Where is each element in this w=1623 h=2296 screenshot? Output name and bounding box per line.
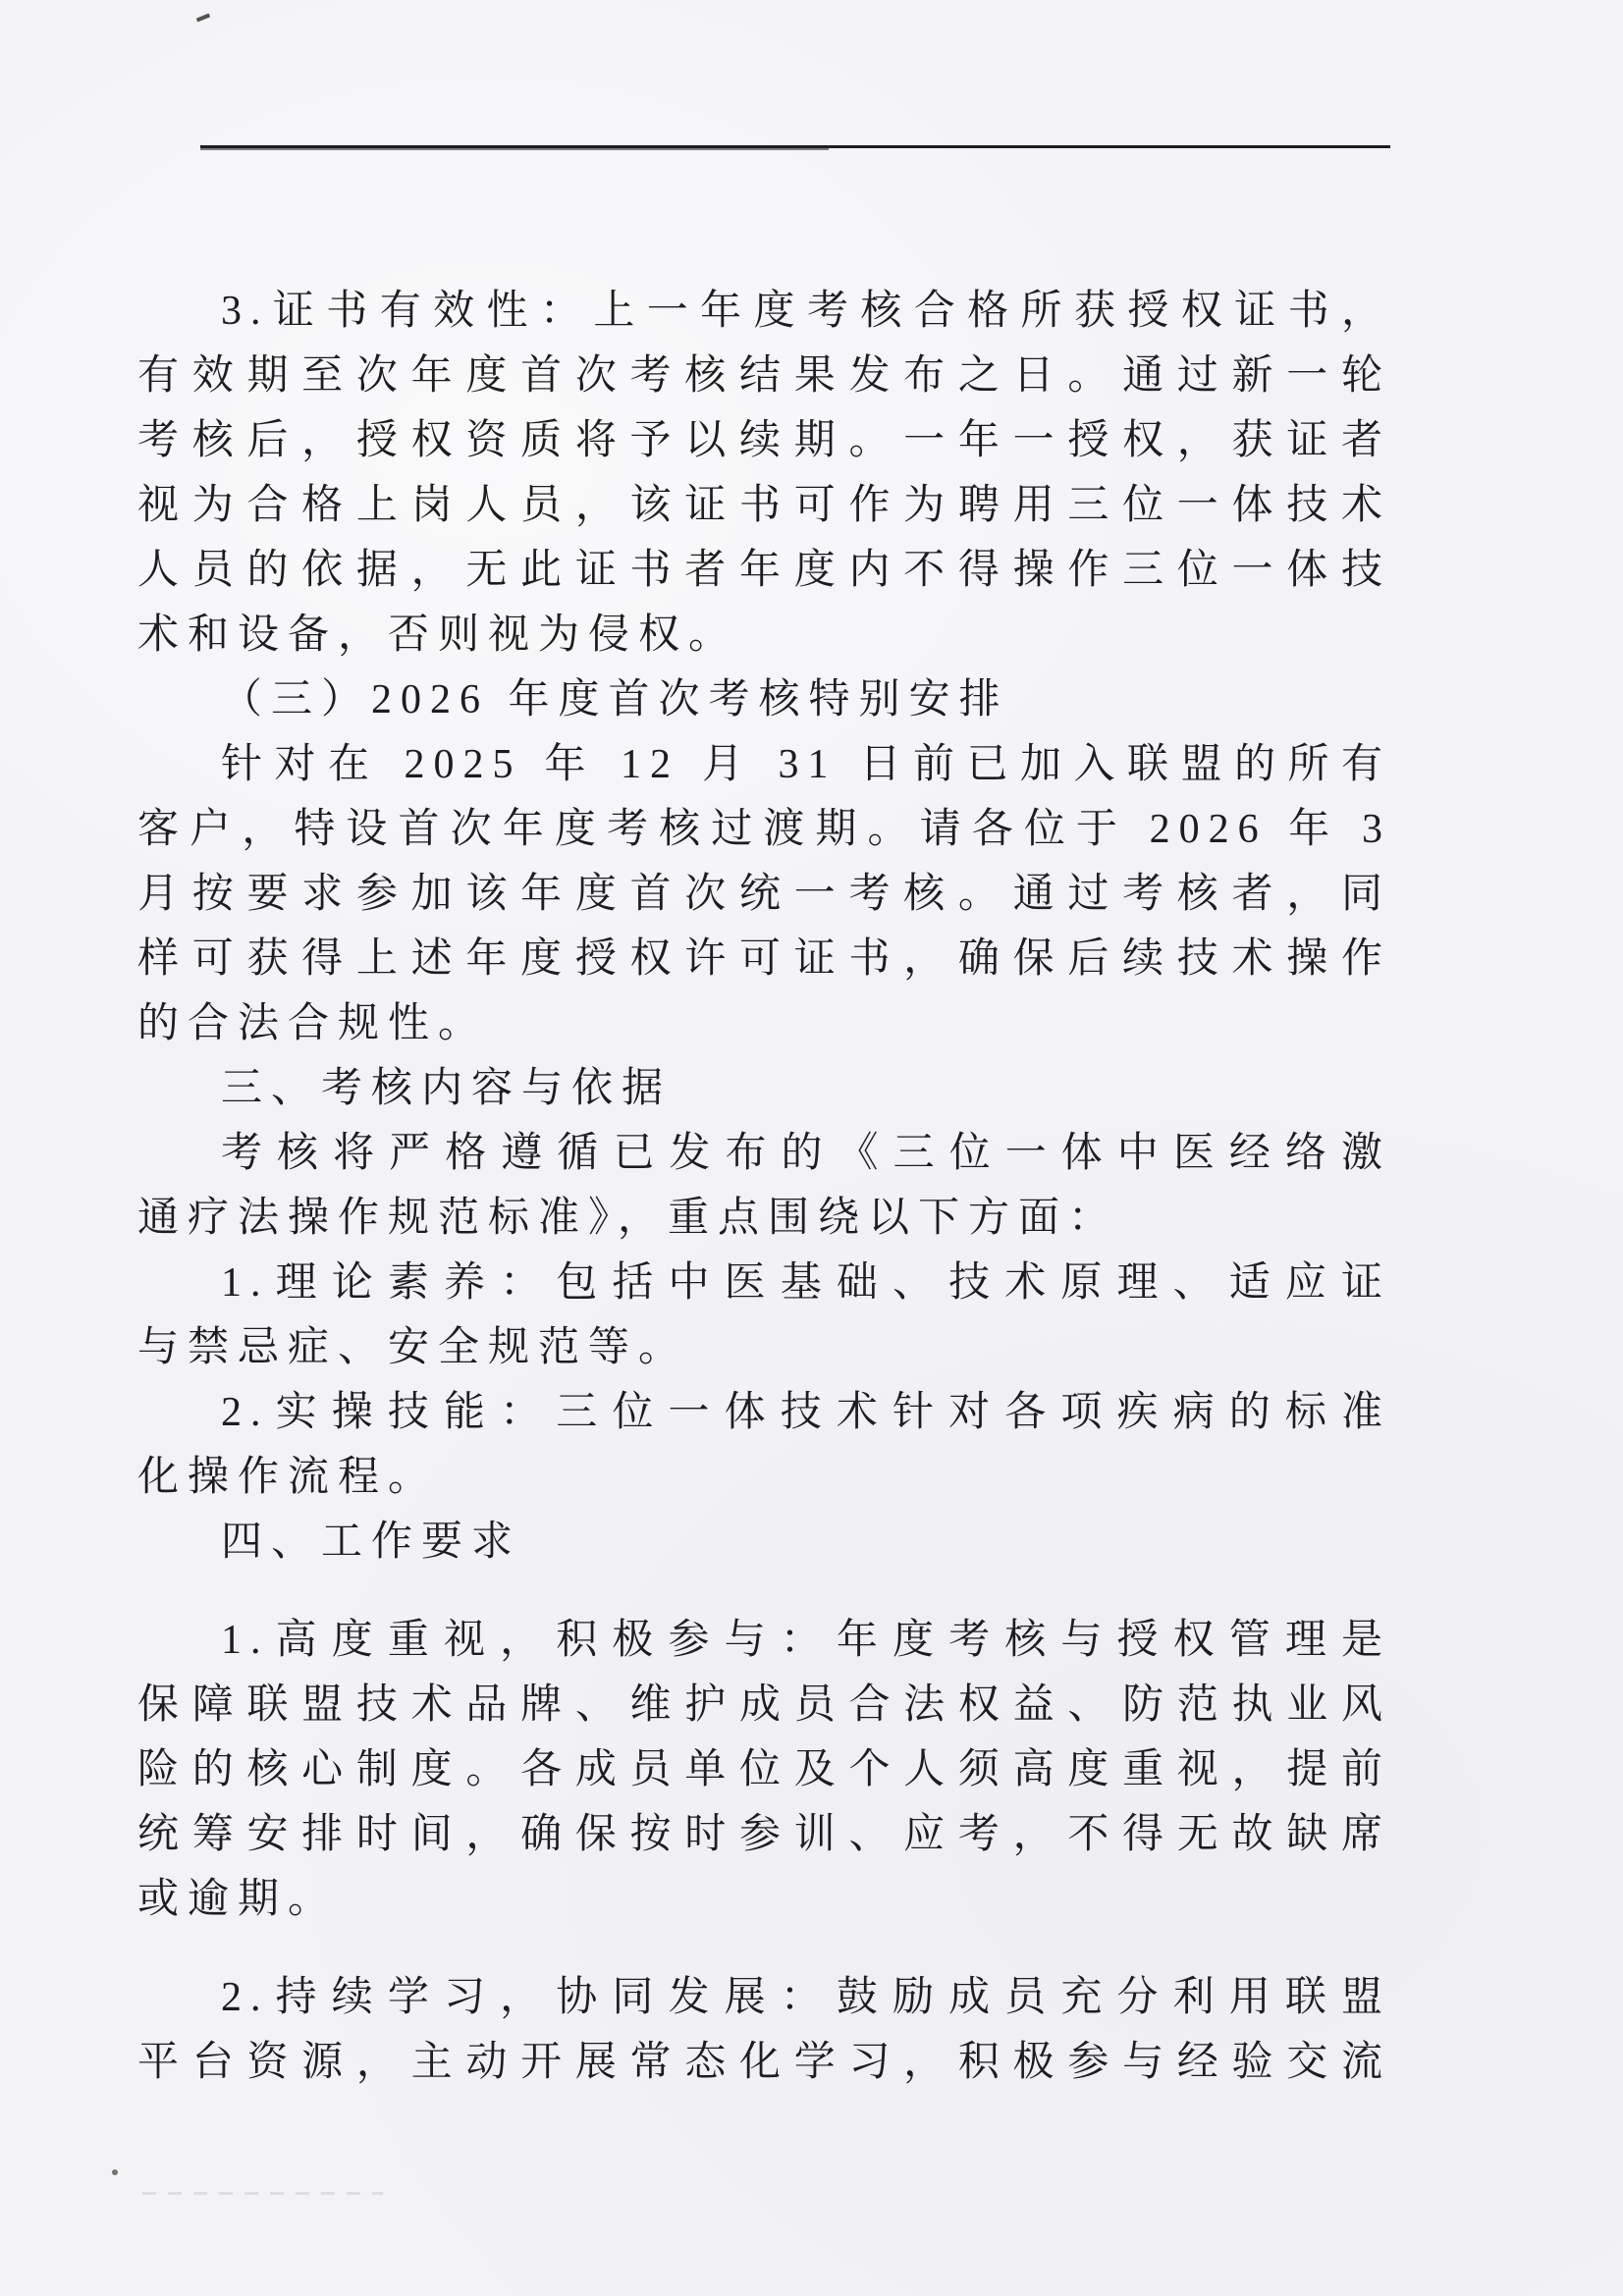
text-line: 三、考核内容与依据 [137,1056,1391,1121]
text-line: 通疗法操作规范标准》，重点围绕以下方面： [137,1186,1391,1251]
scan-smudge [142,2192,383,2195]
document-body: 3.证书有效性：上一年度考核合格所获授权证书，有效期至次年度首次考核结果发布之日… [137,279,1391,2095]
text-line: 1.高度重视，积极参与：年度考核与授权管理是 [137,1608,1391,1673]
text-line: 1.理论素养：包括中医基础、技术原理、适应证 [137,1251,1391,1315]
text-line: 考核将严格遵循已发布的《三位一体中医经络激 [137,1121,1391,1186]
text-line: 术和设备，否则视为侵权。 [137,603,1391,667]
text-line: 2.持续学习，协同发展：鼓励成员充分利用联盟 [137,1965,1391,2030]
text-line: 2.实操技能：三位一体技术针对各项疾病的标准 [137,1380,1391,1445]
text-line: 的合法合规性。 [137,991,1391,1056]
text-line: 视为合格上岗人员，该证书可作为聘用三位一体技术 [137,473,1391,538]
text-line: 化操作流程。 [137,1445,1391,1510]
text-line: 险的核心制度。各成员单位及个人须高度重视，提前 [137,1737,1391,1802]
text-line: （三）2026 年度首次考核特别安排 [137,667,1391,732]
header-rule-scan-double [200,148,829,150]
text-line: 样可获得上述年度授权许可证书，确保后续技术操作 [137,927,1391,991]
text-line: 或逾期。 [137,1867,1391,1932]
text-line: 有效期至次年度首次考核结果发布之日。通过新一轮 [137,344,1391,408]
text-line: 考核后，授权资质将予以续期。一年一授权，获证者 [137,408,1391,473]
text-line: 平台资源，主动开展常态化学习，积极参与经验交流 [137,2030,1391,2095]
text-line: 与禁忌症、安全规范等。 [137,1315,1391,1380]
text-line: 统筹安排时间，确保按时参训、应考，不得无故缺席 [137,1802,1391,1867]
text-line: 人员的依据，无此证书者年度内不得操作三位一体技 [137,538,1391,603]
text-line: 保障联盟技术品牌、维护成员合法权益、防范执业风 [137,1673,1391,1737]
text-line: 3.证书有效性：上一年度考核合格所获授权证书， [137,279,1391,344]
text-line: 针对在 2025 年 12 月 31 日前已加入联盟的所有 [137,732,1391,797]
text-line: 月按要求参加该年度首次统一考核。通过考核者，同 [137,862,1391,927]
text-line: 四、工作要求 [137,1510,1391,1575]
text-line: 客户，特设首次年度考核过渡期。请各位于 2026 年 3 [137,797,1391,862]
scan-speck [112,2169,118,2175]
